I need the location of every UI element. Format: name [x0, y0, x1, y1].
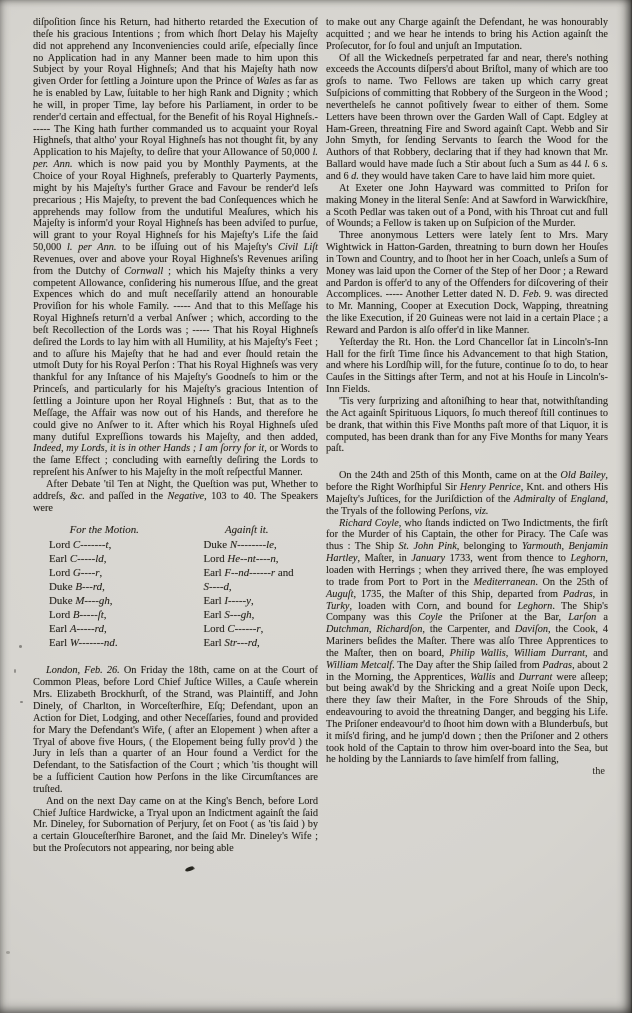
division-item: Duke N--------le,	[176, 538, 319, 552]
division-item: Earl F--nd------r and	[176, 566, 319, 580]
paragraph: Of all the Wickedneſs perpetrated far an…	[326, 53, 608, 183]
division-list: For the Motion.Lord C-------t,Earl C----…	[33, 523, 318, 650]
division-item: Duke B---rd,	[33, 580, 176, 594]
column-right: to make out any Charge againſt the Defen…	[326, 17, 608, 1013]
paragraph: Three anonymous Letters were lately ſent…	[326, 230, 608, 337]
division-item: Lord B-----ſt,	[33, 608, 176, 622]
ink-mark	[185, 866, 195, 873]
paragraph: Richard Coyle, who ſtands indicted on Tw…	[326, 518, 608, 767]
division-item: S----d,	[176, 580, 319, 594]
paragraph: Yeſterday the Rt. Hon. the Lord Chancell…	[326, 337, 608, 396]
division-for: For the Motion.Lord C-------t,Earl C----…	[33, 523, 176, 650]
newspaper-page: diſpoſition ſince his Return, had hither…	[0, 0, 632, 1013]
division-item: Lord G----r,	[33, 566, 176, 580]
ink-speck	[14, 669, 16, 673]
division-item: Earl Str---rd,	[176, 636, 319, 650]
column-left: diſpoſition ſince his Return, had hither…	[33, 17, 318, 1013]
paragraph: diſpoſition ſince his Return, had hither…	[33, 17, 318, 479]
text-columns: diſpoſition ſince his Return, had hither…	[33, 17, 608, 1013]
division-heading: For the Motion.	[33, 523, 176, 537]
division-against: Againſt it.Duke N--------le,Lord He--nt-…	[176, 523, 319, 650]
ink-speck	[20, 701, 23, 703]
division-item: Earl A-----rd,	[33, 622, 176, 636]
division-item: Earl C-----ld,	[33, 552, 176, 566]
paragraph: On the 24th and 25th of this Month, came…	[326, 470, 608, 517]
paragraph: At Exeter one John Hayward was committed…	[326, 183, 608, 230]
division-item: Earl W-------nd.	[33, 636, 176, 650]
paragraph: And on the next Day came on at the King'…	[33, 796, 318, 855]
division-item: Duke M----gh,	[33, 594, 176, 608]
paragraph: After Debate 'til Ten at Night, the Queſ…	[33, 479, 318, 515]
paragraph: London, Feb. 26. On Friday the 18th, cam…	[33, 665, 318, 795]
division-item: Earl I-----y,	[176, 594, 319, 608]
ink-speck	[6, 951, 10, 954]
division-item: Lord C------r,	[176, 622, 319, 636]
division-heading: Againſt it.	[176, 523, 319, 537]
paragraph: 'Tis very ſurprizing and aſtoniſhing to …	[326, 396, 608, 455]
division-item: Lord C-------t,	[33, 538, 176, 552]
division-item: Earl S---gh,	[176, 608, 319, 622]
division-item: Lord He--nt----n,	[176, 552, 319, 566]
ink-speck	[19, 645, 22, 648]
paragraph: to make out any Charge againſt the Defen…	[326, 17, 608, 53]
catchword: the	[326, 766, 608, 778]
